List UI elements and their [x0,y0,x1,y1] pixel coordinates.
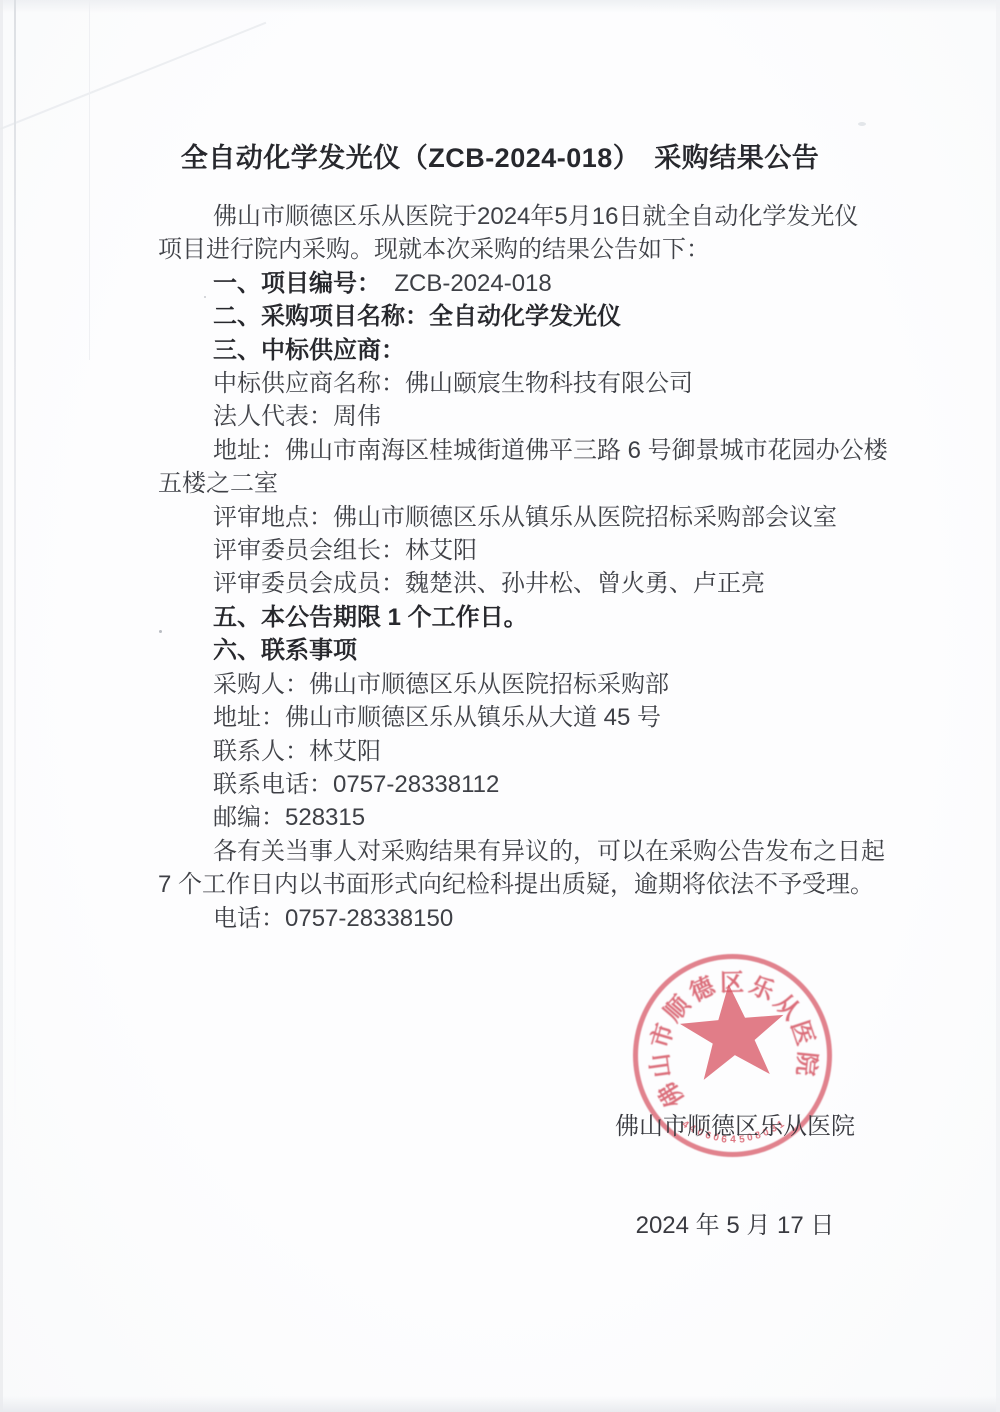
body-line-text: 评审委员会成员：魏楚洪、孙井松、曾火勇、卢正亮 [213,570,765,597]
body-text: 佛山市顺德区乐从医院于2024年5月16日就全自动化学发光仪项目进行院内采购。现… [158,200,918,935]
document-title: 全自动化学发光仪（ZCB-2024-018） 采购结果公告 [0,136,1000,175]
body-line-bold-text: 一、项目编号： [213,270,381,297]
body-line-bold-text: 六、联系事项 [213,637,357,664]
scan-speck [858,122,866,126]
body-line-text: 邮编：528315 [213,804,365,831]
body-line: 三、中标供应商： [213,334,918,367]
body-line: 各有关当事人对采购结果有异议的，可以在采购公告发布之日起 [213,835,918,868]
scan-top-shadow [0,0,1000,13]
scan-right-edge [996,0,1000,1412]
body-line-bold-text: 五、本公告期限 1 个工作日。 [213,604,528,631]
body-line: 电话：0757-28338150 [213,902,918,935]
body-line-text: 评审地点：佛山市顺德区乐从镇乐从医院招标采购部会议室 [213,504,837,531]
body-line-text: 项目进行院内采购。现就本次采购的结果公告如下： [158,236,710,263]
scanned-document-page: 全自动化学发光仪（ZCB-2024-018） 采购结果公告 佛山市顺德区乐从医院… [0,0,1000,1412]
body-line: 地址：佛山市南海区桂城街道佛平三路 6 号御景城市花园办公楼 [213,434,918,467]
signature-org: 佛山市顺德区乐从医院 [560,1110,910,1143]
body-line-text: 采购人：佛山市顺德区乐从医院招标采购部 [213,671,669,698]
signature-date: 2024 年 5 月 17 日 [560,1209,910,1242]
body-line: 评审地点：佛山市顺德区乐从镇乐从医院招标采购部会议室 [213,501,918,534]
body-line: 法人代表：周伟 [213,400,918,433]
body-line: 六、联系事项 [213,634,918,667]
body-line: 地址：佛山市顺德区乐从镇乐从大道 45 号 [213,701,918,734]
body-line: 二、采购项目名称：全自动化学发光仪 [213,300,918,333]
body-line: 五、本公告期限 1 个工作日。 [213,601,918,634]
body-line-bold-text: 二、采购项目名称：全自动化学发光仪 [213,303,621,330]
body-line-text: 电话：0757-28338150 [213,905,453,932]
body-line: 邮编：528315 [213,801,918,834]
body-line-text: 地址：佛山市南海区桂城街道佛平三路 6 号御景城市花园办公楼 [213,437,888,464]
body-line: 联系电话：0757-28338112 [213,768,918,801]
body-line: 采购人：佛山市顺德区乐从医院招标采购部 [213,668,918,701]
signature-block: 佛山市顺德区乐从医院 2024 年 5 月 17 日 [560,1044,910,1308]
body-line-bold-text: 三、中标供应商： [213,337,405,364]
body-line-text: 中标供应商名称：佛山颐宸生物科技有限公司 [213,370,693,397]
body-line: 中标供应商名称：佛山颐宸生物科技有限公司 [213,367,918,400]
scan-fold-crease [0,22,266,130]
body-line: 五楼之二室 [158,467,918,500]
body-line-text: 地址：佛山市顺德区乐从镇乐从大道 45 号 [213,704,661,731]
body-line-text: 联系电话：0757-28338112 [213,771,499,798]
body-line: 评审委员会组长：林艾阳 [213,534,918,567]
scan-bottom-shadow [0,1396,1000,1412]
body-line-text: 7 个工作日内以书面形式向纪检科提出质疑，逾期将依法不予受理。 [158,871,874,898]
body-line: 佛山市顺德区乐从医院于2024年5月16日就全自动化学发光仪 [213,200,918,233]
body-line-text: 联系人：林艾阳 [213,738,381,765]
body-line: 一、项目编号： ZCB-2024-018 [213,267,918,300]
body-line: 项目进行院内采购。现就本次采购的结果公告如下： [158,233,918,266]
body-line-text: 佛山市顺德区乐从医院于2024年5月16日就全自动化学发光仪 [213,203,858,230]
body-line: 7 个工作日内以书面形式向纪检科提出质疑，逾期将依法不予受理。 [158,868,918,901]
body-line: 联系人：林艾阳 [213,735,918,768]
body-line-text: 五楼之二室 [158,470,278,497]
body-line: 评审委员会成员：魏楚洪、孙井松、曾火勇、卢正亮 [213,567,918,600]
body-line-text: ZCB-2024-018 [381,270,552,297]
body-line-text: 评审委员会组长：林艾阳 [213,537,477,564]
body-line-text: 各有关当事人对采购结果有异议的，可以在采购公告发布之日起 [213,838,885,865]
body-line-text: 法人代表：周伟 [213,403,381,430]
scan-vertical-crease [14,0,16,1412]
scan-vertical-crease [89,0,90,360]
scan-left-edge [0,0,3,1412]
seal-arc-char: 区 [719,962,744,997]
